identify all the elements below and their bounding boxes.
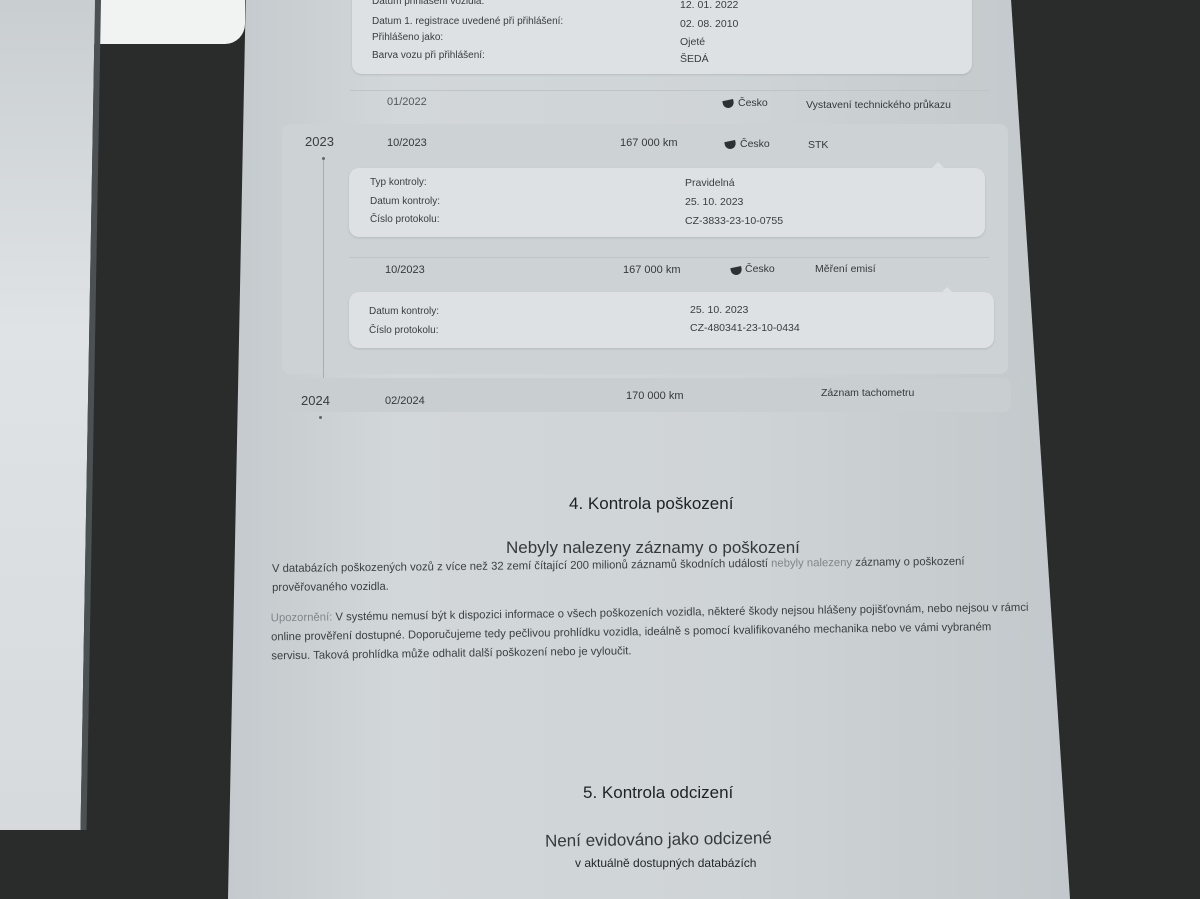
czech-flag-icon — [722, 99, 734, 109]
detail-value: Pravidelná — [685, 177, 735, 189]
event-date: 01/2022 — [387, 96, 427, 108]
reg-value: 12. 01. 2022 — [680, 0, 738, 11]
emissions-details-card — [349, 292, 994, 348]
event-country: Česko — [738, 97, 768, 109]
report-content: Datum přihlášení vozidla: 12. 01. 2022 D… — [0, 0, 1200, 899]
detail-label: Číslo protokolu: — [369, 325, 438, 336]
detail-value: 25. 10. 2023 — [685, 196, 743, 208]
timeline-year-label: 2024 — [301, 393, 330, 408]
divider — [349, 257, 989, 258]
detail-value: CZ-480341-23-10-0434 — [690, 322, 800, 334]
reg-label: Datum 1. registrace uvedené při přihláše… — [372, 16, 563, 27]
event-date: 10/2023 — [385, 264, 425, 276]
event-mileage: 170 000 km — [626, 390, 683, 402]
reg-label: Datum přihlášení vozidla: — [372, 0, 484, 7]
stk-details-card — [349, 168, 985, 237]
reg-value: ŠEDÁ — [680, 53, 709, 65]
detail-value: 25. 10. 2023 — [690, 304, 748, 316]
theft-subtext: v aktuálně dostupných databázích — [575, 856, 756, 870]
reg-value: Ojeté — [680, 36, 705, 48]
event-mileage: 167 000 km — [620, 137, 677, 149]
theft-result: Není evidováno jako odcizené — [545, 828, 772, 851]
detail-label: Datum kontroly: — [369, 306, 439, 317]
event-type: Vystavení technického průkazu — [806, 99, 951, 111]
timeline-dot — [319, 416, 322, 419]
event-country: Česko — [745, 263, 775, 275]
section-heading-theft: 5. Kontrola odcizení — [583, 783, 733, 803]
detail-label: Číslo protokolu: — [370, 214, 439, 225]
divider — [350, 90, 990, 91]
timeline-year-label: 2023 — [305, 134, 334, 149]
detail-value: CZ-3833-23-10-0755 — [685, 215, 783, 227]
reg-label: Barva vozu při přihlášení: — [372, 50, 485, 61]
event-mileage: 167 000 km — [623, 264, 680, 276]
event-country: Česko — [740, 138, 770, 150]
timeline-line — [323, 160, 324, 392]
event-type: STK — [808, 139, 828, 151]
event-type: Měření emisí — [815, 263, 876, 275]
event-type: Záznam tachometru — [821, 387, 914, 399]
reg-value: 02. 08. 2010 — [680, 18, 738, 30]
damage-description: V databázích poškozených vozů z více než… — [272, 552, 1032, 598]
reg-label: Přihlášeno jako: — [372, 32, 443, 43]
detail-label: Datum kontroly: — [370, 196, 440, 207]
event-date: 02/2024 — [385, 395, 425, 407]
event-date: 10/2023 — [387, 137, 427, 149]
registration-details-card — [352, 0, 972, 74]
section-heading-damage: 4. Kontrola poškození — [569, 494, 733, 514]
damage-warning: Upozornění: V systému nemusí být k dispo… — [271, 599, 1034, 667]
detail-label: Typ kontroly: — [370, 177, 427, 188]
